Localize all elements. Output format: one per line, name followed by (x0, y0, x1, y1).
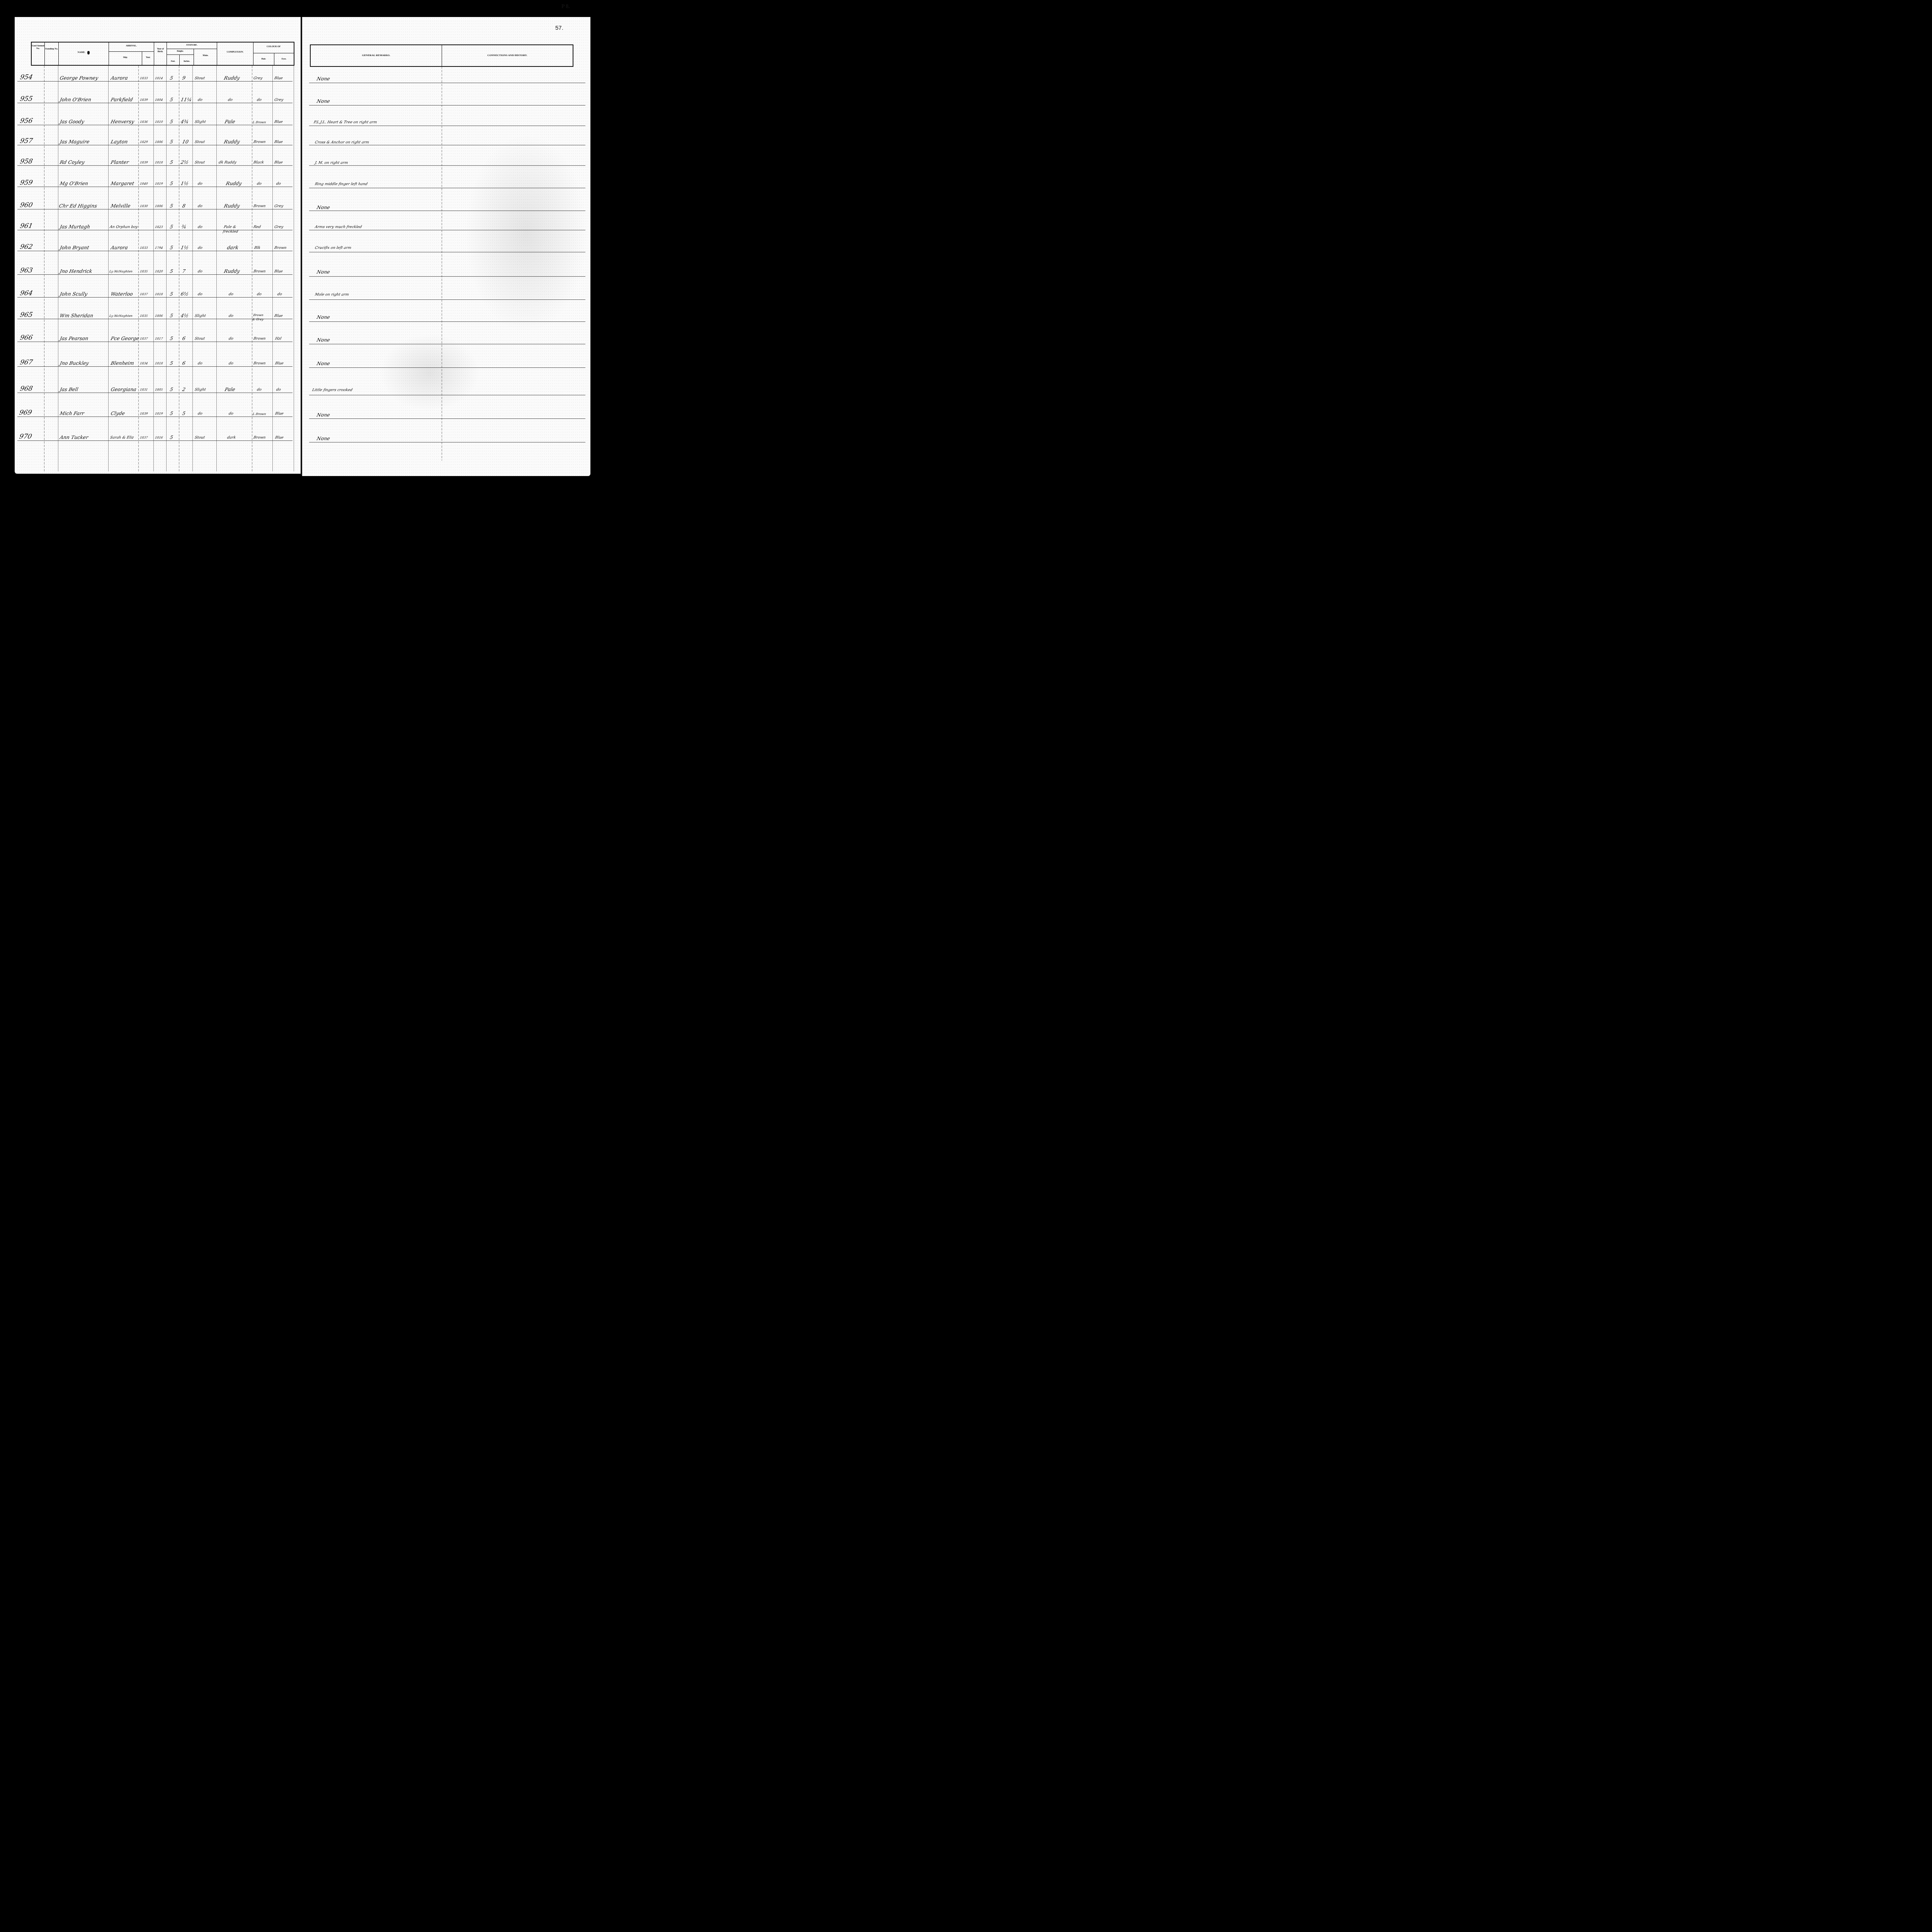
hair-colour: L Brown (252, 412, 266, 416)
general-remark: J. M. on right arm (315, 161, 349, 165)
gaol-no: 958 (19, 158, 34, 165)
arrival-year: 1831 (139, 388, 148, 391)
eye-colour: Blue (274, 314, 283, 318)
birth-year: 1806 (155, 314, 163, 318)
header-arrival-year: Year. (142, 52, 154, 65)
height-inches: 10 (182, 139, 189, 145)
make: do (197, 204, 203, 208)
gaol-no: 966 (19, 334, 34, 342)
birth-year: 1806 (155, 140, 163, 144)
hair-colour: Brown (253, 337, 266, 341)
register-header: Gaol Annual No. Standing No. NAME. ARRIV… (31, 42, 294, 66)
prisoner-name: Wm Sheridan (59, 313, 94, 318)
header-year-of-birth: Year of Birth. (154, 43, 167, 65)
header-label: GENERAL REMARKS. (362, 54, 391, 57)
hair-colour: Brown (253, 204, 266, 208)
row-rule (309, 252, 585, 252)
header-height: Height. Feet. Inches. (167, 49, 194, 65)
complexion: do (228, 361, 234, 366)
make: do (197, 225, 203, 229)
header-label: Height. (167, 49, 194, 53)
header-name: NAME. (59, 43, 109, 65)
eye-colour: Blue (274, 120, 283, 124)
header-ship: Ship. (109, 52, 142, 65)
prisoner-name: Mg O'Brien (59, 180, 88, 186)
hair-colour: Blk (254, 246, 261, 250)
header-standing-no: Standing No. (45, 43, 59, 65)
paper-stain (379, 334, 480, 411)
ship-name: Ly McNaghten (109, 270, 133, 273)
make: do (197, 361, 203, 366)
birth-year: 1814 (155, 77, 163, 80)
header-label: ARRIVAL. (109, 43, 154, 48)
birth-year: 1817 (155, 337, 163, 340)
general-remark: None (316, 337, 330, 343)
hair-colour: do (257, 388, 262, 392)
gaol-no: 954 (19, 73, 34, 81)
row-rule (17, 417, 293, 417)
arrival-year: 1835 (139, 270, 148, 273)
column-rule (58, 66, 58, 471)
birth-year: 1818 (155, 293, 163, 296)
birth-year: 1810 (155, 120, 163, 124)
row-rule (17, 274, 293, 275)
complexion: Pale & freckled (222, 225, 247, 234)
complexion: dk Ruddy (218, 160, 237, 165)
eye-colour: Hzl (275, 337, 282, 341)
complexion: Pale (224, 386, 236, 392)
general-remark: None (316, 76, 330, 82)
make: Slight (194, 120, 206, 124)
eye-colour: do (276, 182, 281, 186)
complexion: do (228, 412, 234, 416)
general-remark: P.L.J.L. Heart & Tree on right arm (313, 120, 378, 124)
general-remark: None (316, 314, 330, 320)
prisoner-name: Jas Maguire (59, 139, 90, 145)
row-rule (309, 321, 585, 322)
row-rule (17, 319, 293, 319)
header-inches: Inches. (180, 55, 194, 65)
row-rule (309, 165, 585, 166)
row-rule (309, 83, 585, 83)
row-rule (309, 145, 585, 145)
general-remark: Ring middle finger left hand (315, 182, 368, 186)
ship-name: Margaret (110, 180, 134, 186)
row-rule (309, 299, 585, 300)
column-rule (44, 66, 44, 471)
column-rule (153, 66, 154, 471)
prisoner-name: Jas Goody (59, 119, 85, 124)
eye-colour: Blue (274, 140, 283, 144)
complexion: Ruddy (223, 203, 240, 209)
header-label: COLOUR OF (253, 43, 294, 48)
prisoner-name: Jas Murtagh (59, 224, 90, 230)
complexion: Ruddy (223, 268, 240, 274)
prisoner-name: John O'Brien (59, 97, 92, 102)
ship-name: Ly McNaghten (109, 314, 133, 318)
hair-colour: Black (253, 160, 264, 165)
general-remark: Little fingers crooked (312, 388, 353, 392)
eye-colour: Blue (275, 435, 284, 440)
ship-name: Layton (110, 139, 128, 145)
header-label: COMPLEXION. (227, 51, 244, 53)
column-rule (108, 66, 109, 471)
birth-year: 1816 (155, 436, 163, 439)
gaol-no: 957 (19, 137, 34, 145)
make: Stout (194, 76, 205, 80)
arrival-year: 1840 (139, 182, 148, 185)
hair-colour: do (257, 182, 262, 186)
arrival-year: 1833 (139, 77, 148, 80)
birth-year: 1804 (155, 98, 163, 102)
birth-year: 1806 (155, 204, 163, 208)
eye-colour: Grey (274, 225, 284, 229)
general-remark: None (316, 269, 330, 275)
birth-year: 1794 (155, 246, 163, 250)
row-rule (309, 395, 585, 395)
make: do (197, 98, 203, 102)
eye-colour: do (277, 292, 282, 296)
row-rule (17, 342, 293, 342)
prisoner-name: Jno Buckley (59, 360, 89, 366)
complexion: dark (227, 435, 236, 440)
birth-year: 1818 (155, 161, 163, 164)
ship-name: Blenheim (110, 360, 134, 366)
ship-name: Waterloo (110, 291, 133, 297)
row-rule (17, 209, 293, 209)
prisoner-name: Jas Bell (59, 386, 79, 392)
header-make: Make. (194, 49, 217, 65)
gaol-no: 970 (19, 433, 33, 440)
row-rule (309, 105, 585, 105)
general-remark: Mole on right arm (315, 293, 349, 297)
column-rule (166, 66, 167, 471)
complexion: Pale (224, 119, 236, 124)
birth-year: 1805 (155, 388, 163, 391)
hair-colour: Brown (253, 435, 266, 440)
header-colour-of: COLOUR OF Hair. Eyes. (253, 43, 294, 65)
eye-colour: Blue (275, 412, 284, 416)
general-remark: None (316, 412, 330, 418)
header-general-remarks: GENERAL REMARKS. (311, 45, 442, 66)
general-remark: Arms very much freckled (315, 225, 362, 229)
book-gutter (301, 17, 302, 475)
hair-colour: Brown (253, 269, 266, 274)
header-label: Gaol Annual No. (32, 45, 44, 50)
gaol-no: 964 (19, 289, 34, 297)
row-rule (17, 165, 293, 166)
row-rule (17, 251, 293, 251)
row-rule (17, 145, 293, 145)
ship-name: An Orphan boy (109, 225, 138, 229)
ship-name: Melville (110, 203, 131, 209)
gaol-no: 956 (19, 117, 34, 125)
gaol-no: 955 (19, 95, 34, 103)
height-inches: 11¼ (180, 97, 192, 102)
ship-name: Georgiana (110, 386, 137, 392)
hair-colour: Red (253, 225, 261, 229)
hair-colour: Brown & Grey (252, 313, 267, 321)
ship-name: Parkfield (110, 97, 133, 102)
arrival-year: 1830 (139, 204, 148, 208)
row-rule (309, 367, 585, 368)
height-inches: 1½ (180, 245, 189, 250)
prisoner-name: Rd Coyley (59, 159, 85, 165)
eye-colour: Brown (274, 246, 287, 250)
row-rule (309, 126, 585, 126)
column-rule (272, 66, 273, 471)
eye-colour: Blue (274, 76, 283, 80)
ship-name: Aurora (110, 75, 128, 81)
height-inches: 1½ (180, 180, 189, 186)
header-feet: Feet. (167, 55, 180, 65)
ship-name: Henversy (110, 119, 134, 124)
general-remark: Cross & Anchor on right arm (315, 140, 370, 145)
hair-colour: L Brown (252, 121, 266, 124)
eye-colour: do (276, 388, 281, 392)
general-remark: Crucifix on left arm (315, 246, 352, 250)
arrival-year: 1839 (139, 161, 148, 164)
birth-year: 1818 (155, 362, 163, 365)
complexion: do (228, 292, 234, 296)
hair-colour: do (257, 292, 262, 296)
prisoner-name: Jno Hendrick (59, 268, 93, 274)
gaol-no: 969 (19, 409, 33, 417)
header-label: STATURE. (167, 43, 217, 47)
ship-name: Aurora (110, 245, 128, 250)
prisoner-name: John Scully (59, 291, 88, 297)
row-rule (17, 81, 293, 82)
arrival-year: 1833 (139, 246, 148, 250)
general-remark: None (316, 435, 330, 441)
ship-name: Clyde (110, 410, 125, 416)
arrival-year: 1834 (139, 362, 148, 365)
make: Stout (194, 435, 205, 440)
header-complexion: COMPLEXION. (217, 43, 253, 65)
row-rule (309, 344, 585, 344)
make: do (197, 412, 203, 416)
eye-colour: Blue (274, 160, 283, 165)
row-rule (17, 230, 293, 230)
general-remark: None (316, 361, 330, 366)
gaol-no: 962 (19, 243, 34, 251)
arrival-year: 1829 (139, 140, 148, 144)
prisoner-name: Jas Pearson (59, 335, 89, 341)
folio-stamp: P 8. (561, 4, 570, 10)
column-rule (252, 66, 252, 471)
arrival-year: 1835 (139, 314, 148, 318)
header-gaol-no: Gaol Annual No. (32, 43, 45, 65)
height-inches: 4½ (180, 313, 189, 318)
ship-name: Sarah & Eliz (110, 435, 134, 440)
make: do (197, 182, 203, 186)
row-rule (17, 366, 293, 367)
prisoner-name: Ann Tucker (59, 434, 89, 440)
make: do (197, 269, 203, 274)
header-label: Standing No. (45, 48, 58, 50)
birth-year: 1823 (155, 225, 163, 229)
gaol-no: 961 (19, 222, 34, 230)
make: Stout (194, 160, 205, 165)
height-inches: 2½ (180, 159, 189, 165)
column-rule (179, 66, 179, 471)
hair-colour: Grey (253, 76, 263, 80)
birth-year: 1820 (155, 270, 163, 273)
eye-colour: Grey (274, 98, 284, 102)
complexion: Ruddy (225, 180, 242, 186)
header-arrival: ARRIVAL. Ship. Year. (109, 43, 154, 65)
column-rule (192, 66, 193, 471)
complexion: do (228, 314, 234, 318)
header-eyes: Eyes. (274, 53, 294, 65)
eye-colour: Grey (274, 204, 284, 208)
arrival-year: 1837 (139, 337, 148, 340)
hair-colour: Brown (253, 140, 266, 144)
ship-name: Pce George (110, 335, 139, 341)
prisoner-name: George Powney (59, 75, 99, 81)
row-rule (309, 276, 585, 277)
row-rule (17, 103, 293, 103)
make: do (197, 292, 203, 296)
gaol-no: 965 (19, 311, 34, 319)
arrival-year: 1837 (139, 436, 148, 439)
row-rule (17, 393, 293, 393)
gaol-no: 967 (19, 359, 34, 366)
birth-year: 1819 (155, 182, 163, 185)
make: do (197, 246, 203, 250)
general-remark: None (316, 204, 330, 210)
make: Slight (194, 314, 206, 318)
hair-colour: Brown (253, 361, 266, 366)
ship-name: Planter (110, 159, 129, 165)
make: Slight (194, 388, 206, 392)
arrival-year: 1839 (139, 412, 148, 415)
ink-blot-icon (87, 51, 90, 54)
complexion: Ruddy (223, 75, 240, 81)
row-rule (309, 442, 585, 442)
header-hair: Hair. (253, 53, 274, 65)
gaol-no: 959 (19, 179, 34, 187)
row-rule (309, 418, 585, 419)
header-label: NAME. (78, 51, 85, 54)
eye-colour: Blue (274, 269, 283, 274)
header-label: Year of Birth. (157, 48, 164, 53)
remarks-header: GENERAL REMARKS. CONNECTIONS AND HISTORY… (310, 44, 573, 67)
row-rule (309, 211, 585, 211)
complexion: do (228, 98, 233, 102)
header-stature: STATURE. Height. Feet. Inches. Make. (167, 43, 217, 65)
header-label: CONNECTIONS AND HISTORY. (487, 54, 527, 57)
general-remark: None (316, 98, 330, 104)
make: Stout (194, 337, 205, 341)
complexion: Ruddy (223, 139, 240, 145)
row-rule (309, 188, 585, 188)
eye-colour: Blue (275, 361, 284, 366)
prisoner-name: Chr Ed Higgins (58, 203, 97, 209)
prisoner-name: John Bryant (59, 245, 90, 250)
header-connections-history: CONNECTIONS AND HISTORY. (442, 45, 573, 66)
arrival-year: 1839 (139, 98, 148, 102)
arrival-year: 1836 (139, 120, 148, 124)
gaol-no: 963 (19, 267, 34, 274)
complexion: dark (226, 245, 239, 250)
hair-colour: do (257, 98, 262, 102)
gaol-no: 968 (19, 385, 34, 393)
height-inches: 6½ (180, 291, 189, 297)
column-rule (294, 66, 294, 471)
height-inches: 4¾ (180, 119, 189, 124)
make: Stout (194, 140, 205, 144)
complexion: do (228, 337, 234, 341)
row-rule (309, 230, 585, 230)
paper-stain (464, 133, 588, 334)
page-number: 57. (555, 25, 563, 31)
gaol-no: 960 (19, 201, 34, 209)
row-rule (17, 297, 293, 298)
column-rule (216, 66, 217, 471)
row-rule (17, 187, 293, 187)
row-rule (17, 440, 293, 441)
column-rule (138, 66, 139, 471)
arrival-year: 1837 (139, 293, 148, 296)
prisoner-name: Mich Farr (59, 410, 85, 416)
row-rule (17, 125, 293, 125)
birth-year: 1819 (155, 412, 163, 415)
